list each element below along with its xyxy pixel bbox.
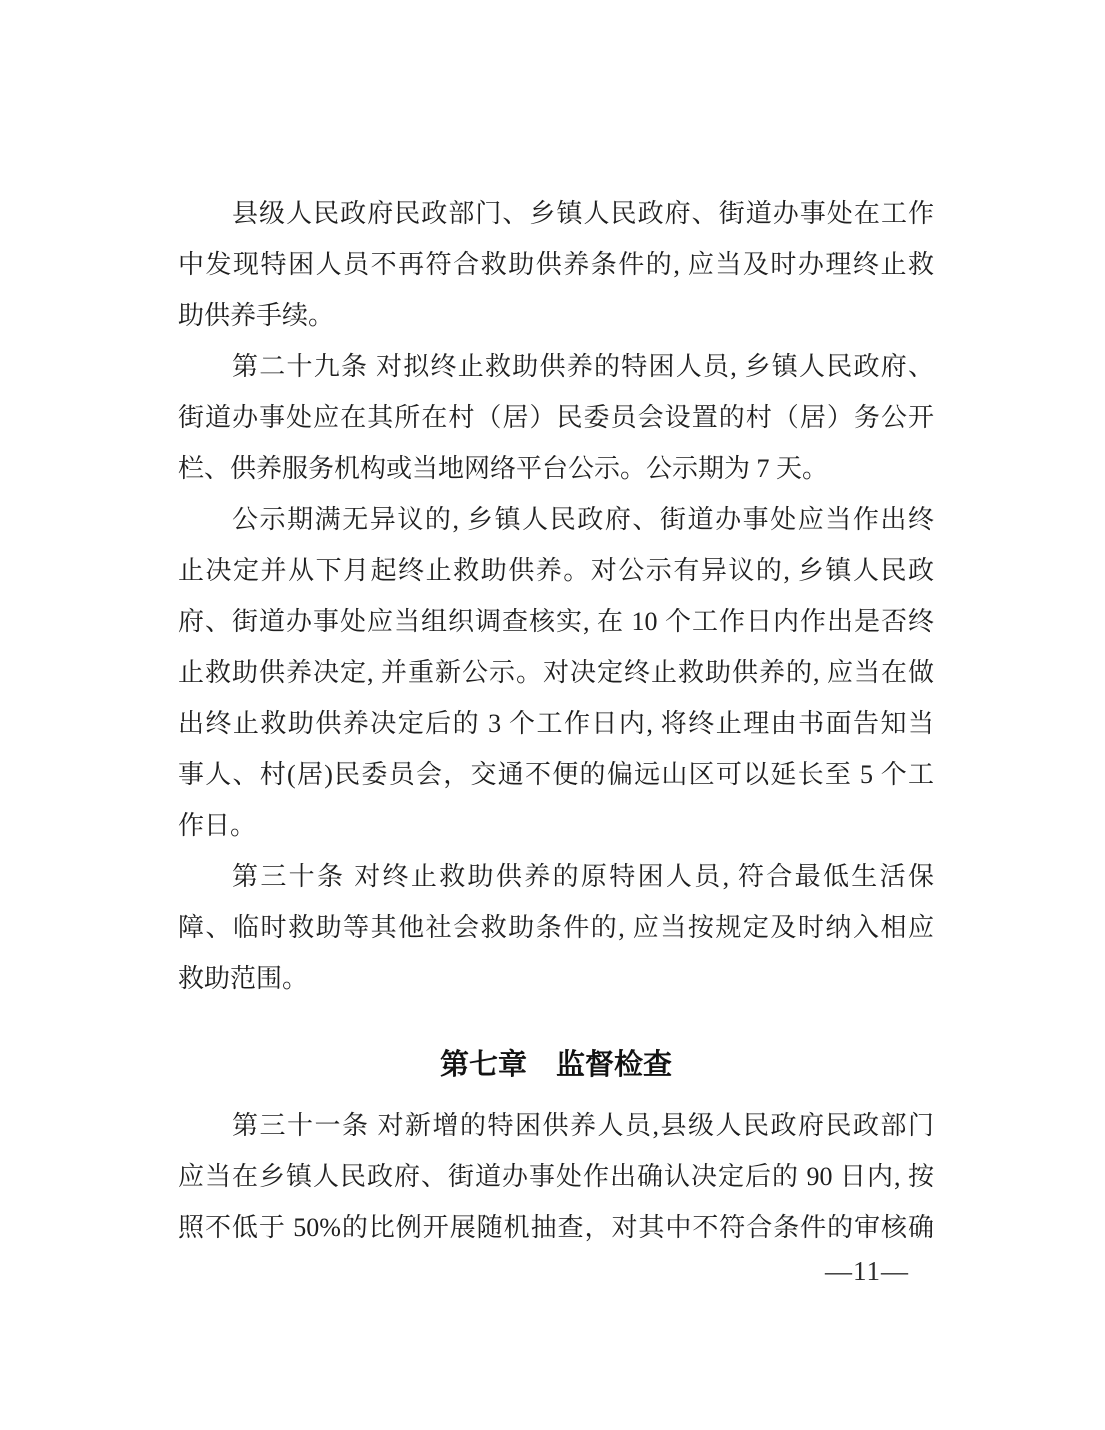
paragraph-4-article-30: 第三十条 对终止救助供养的原特困人员, 符合最低生活保 障、临时救助等其他社会救…: [178, 851, 934, 1004]
paragraph-5-article-31: 第三十一条 对新增的特困供养人员,县级人民政府民政部门 应当在乡镇人民政府、街道…: [178, 1100, 934, 1253]
text-content: 县级人民政府民政部门、乡镇人民政府、街道办事处在工作 中发现特困人员不再符合救助…: [178, 188, 934, 1253]
paragraph-1: 县级人民政府民政部门、乡镇人民政府、街道办事处在工作 中发现特困人员不再符合救助…: [178, 188, 934, 341]
paragraph-3: 公示期满无异议的, 乡镇人民政府、街道办事处应当作出终 止决定并从下月起终止救助…: [178, 494, 934, 851]
text-line: 应当在乡镇人民政府、街道办事处作出确认决定后的 90 日内, 按: [178, 1151, 934, 1202]
text-line: 第三十条 对终止救助供养的原特困人员, 符合最低生活保: [178, 851, 934, 902]
text-line: 第二十九条 对拟终止救助供养的特困人员, 乡镇人民政府、: [178, 341, 934, 392]
text-line: 第三十一条 对新增的特困供养人员,县级人民政府民政部门: [178, 1100, 934, 1151]
text-line: 街道办事处应在其所在村（居）民委员会设置的村（居）务公开: [178, 392, 934, 443]
text-line: 障、临时救助等其他社会救助条件的, 应当按规定及时纳入相应: [178, 902, 934, 953]
text-line: 栏、供养服务机构或当地网络平台公示。公示期为 7 天。: [178, 443, 934, 494]
page-number: —11—: [825, 1256, 909, 1286]
text-line: 照不低于 50%的比例开展随机抽查，对其中不符合条件的审核确: [178, 1202, 934, 1253]
text-line: 出终止救助供养决定后的 3 个工作日内, 将终止理由书面告知当: [178, 698, 934, 749]
text-line: 中发现特困人员不再符合救助供养条件的, 应当及时办理终止救: [178, 239, 934, 290]
text-line: 公示期满无异议的, 乡镇人民政府、街道办事处应当作出终: [178, 494, 934, 545]
text-line: 作日。: [178, 800, 934, 851]
text-line: 救助范围。: [178, 953, 934, 1004]
text-line: 府、街道办事处应当组织调查核实, 在 10 个工作日内作出是否终: [178, 596, 934, 647]
text-line: 止救助供养决定, 并重新公示。对决定终止救助供养的, 应当在做: [178, 647, 934, 698]
document-page: 县级人民政府民政部门、乡镇人民政府、街道办事处在工作 中发现特困人员不再符合救助…: [0, 0, 1105, 1430]
text-line: 助供养手续。: [178, 290, 934, 341]
text-line: 止决定并从下月起终止救助供养。对公示有异议的, 乡镇人民政: [178, 545, 934, 596]
chapter-heading: 第七章 监督检查: [178, 1046, 934, 1084]
paragraph-2-article-29: 第二十九条 对拟终止救助供养的特困人员, 乡镇人民政府、 街道办事处应在其所在村…: [178, 341, 934, 494]
text-line: 县级人民政府民政部门、乡镇人民政府、街道办事处在工作: [178, 188, 934, 239]
text-line: 事人、村(居)民委员会，交通不便的偏远山区可以延长至 5 个工: [178, 749, 934, 800]
